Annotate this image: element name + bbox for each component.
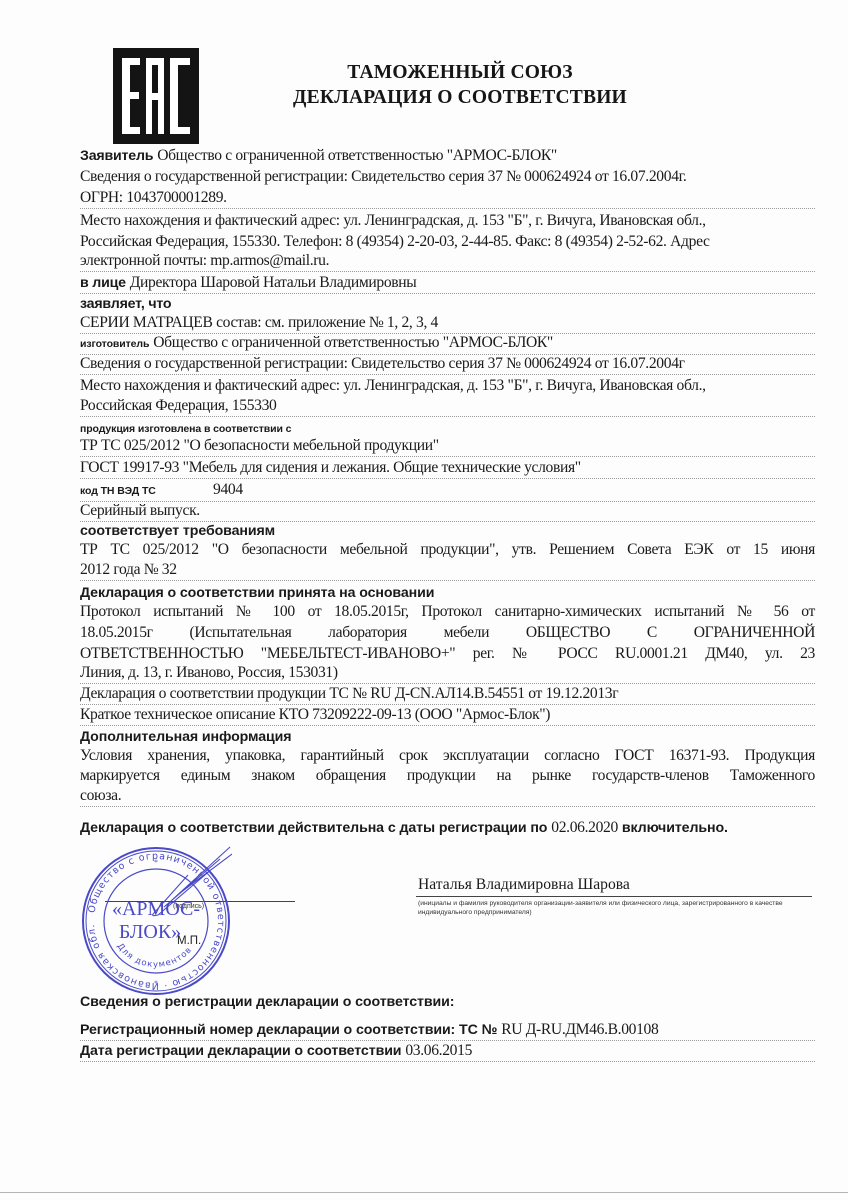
product-description: СЕРИИ МАТРАЦЕВ состав: см. приложение № … — [80, 313, 815, 334]
registration-heading-row: Сведения о регистрации декларации о соот… — [80, 992, 815, 1012]
validity-date: 02.06.2020 — [551, 819, 618, 836]
additional-label: Дополнительная информация — [80, 727, 815, 747]
validity-row: Декларация о соответствии действительна … — [80, 818, 815, 838]
manufacturer-registration: Сведения о государственной регистрации: … — [80, 354, 815, 375]
eac-logo-icon — [113, 48, 199, 144]
representative-row: в лице Директора Шаровой Натальи Владими… — [80, 273, 815, 294]
complies-line-1: ТР ТС 025/2012 "О безопасности мебельной… — [80, 540, 815, 560]
basis-line-4: Линия, д. 13, г. Иваново, Россия, 153031… — [80, 663, 815, 684]
basis-line-1: Протокол испытаний № 100 от 18.05.2015г,… — [80, 602, 815, 622]
manufacturer-address-1: Место нахождения и фактический адрес: ул… — [80, 376, 815, 396]
registration-number-label: Регистрационный номер декларации о соотв… — [80, 1022, 497, 1038]
representative-label: в лице — [80, 275, 126, 291]
validity-prefix: Декларация о соответствии действительна … — [80, 820, 547, 836]
applicant-address-2: Российская Федерация, 155330. Телефон: 8… — [80, 232, 815, 252]
svg-text:«АРМОС-: «АРМОС- — [112, 898, 200, 920]
standard-tr-ts: ТР ТС 025/2012 "О безопасности мебельной… — [80, 436, 815, 457]
basis-label-text: Декларация о соответствии принята на осн… — [80, 585, 434, 601]
signer-line — [416, 896, 812, 897]
manufacturer-name: Общество с ограниченной ответственностью… — [153, 334, 553, 351]
additional-label-text: Дополнительная информация — [80, 729, 291, 745]
registration-number-value: RU Д-RU.ДМ46.В.00108 — [501, 1021, 658, 1038]
additional-line-2: маркируется единым знаком обращения прод… — [80, 766, 815, 786]
additional-line-1: Условия хранения, упаковка, гарантийный … — [80, 746, 815, 766]
tech-description: Краткое техническое описание КТО 7320922… — [80, 705, 815, 726]
applicant-ogrn: ОГРН: 1043700001289. — [80, 188, 815, 209]
title-declaration: ДЕКЛАРАЦИЯ О СООТВЕТСТВИИ — [230, 85, 690, 110]
signer-caption: (инициалы и фамилия руководителя организ… — [418, 899, 808, 917]
svg-text:*: * — [154, 858, 158, 867]
signer-name: Наталья Владимировна Шарова — [418, 876, 630, 894]
tn-ved-value: 9404 — [213, 480, 243, 500]
prior-declaration: Декларация о соответствии продукции ТС №… — [80, 684, 815, 705]
registration-date-row: Дата регистрации декларации о соответств… — [80, 1041, 815, 1062]
representative-value: Директора Шаровой Натальи Владимировны — [130, 274, 417, 291]
additional-line-3: союза. — [80, 786, 815, 807]
stamp-seal-icon: Общество с ограниченной ответственностью… — [80, 845, 232, 997]
manufacturer-label: изготовитель — [80, 338, 149, 350]
applicant-name: Общество с ограниченной ответственностью… — [157, 147, 557, 164]
tn-ved-row: код ТН ВЭД ТС 9404 — [80, 480, 815, 502]
svg-text:БЛОК»: БЛОК» — [119, 921, 181, 943]
basis-line-2: 18.05.2015г (Испытательная лаборатория м… — [80, 623, 815, 643]
applicant-address-3: электронной почты: mp.armos@mail.ru. — [80, 251, 815, 272]
complies-label: соответствует требованиям — [80, 521, 815, 541]
complies-label-text: соответствует требованиям — [80, 523, 275, 539]
applicant-address-1: Место нахождения и фактический адрес: ул… — [80, 211, 815, 231]
registration-heading: Сведения о регистрации декларации о соот… — [80, 994, 454, 1010]
validity-suffix: включительно. — [622, 820, 728, 836]
applicant-label: Заявитель — [80, 148, 153, 164]
standard-gost: ГОСТ 19917-93 "Мебель для сидения и лежа… — [80, 458, 815, 479]
complies-line-2: 2012 года № 32 — [80, 560, 815, 581]
release-type: Серийный выпуск. — [80, 501, 815, 522]
declares-label-text: заявляет, что — [80, 296, 171, 312]
tn-ved-label: код ТН ВЭД ТС — [80, 485, 156, 497]
registration-date-label: Дата регистрации декларации о соответств… — [80, 1043, 401, 1059]
page-edge — [0, 1192, 848, 1193]
svg-text:*: * — [154, 979, 158, 988]
basis-line-3: ОТВЕТСТВЕННОСТЬЮ "МЕБЕЛЬТЕСТ-ИВАНОВО+" р… — [80, 644, 815, 664]
applicant-registration: Сведения о государственной регистрации: … — [80, 167, 815, 187]
company-stamp: Общество с ограниченной ответственностью… — [80, 845, 232, 997]
manufacturer-address-2: Российская Федерация, 155330 — [80, 396, 815, 417]
basis-label: Декларация о соответствии принята на осн… — [80, 583, 815, 603]
produced-per-label-text: продукция изготовлена в соответствии с — [80, 423, 291, 435]
registration-number-row: Регистрационный номер декларации о соотв… — [80, 1020, 815, 1041]
document-title: ТАМОЖЕННЫЙ СОЮЗ ДЕКЛАРАЦИЯ О СООТВЕТСТВИ… — [230, 60, 690, 110]
declares-label: заявляет, что — [80, 294, 815, 314]
manufacturer-row: изготовитель Общество с ограниченной отв… — [80, 333, 815, 355]
title-customs-union: ТАМОЖЕННЫЙ СОЮЗ — [230, 60, 690, 85]
declaration-page: ТАМОЖЕННЫЙ СОЮЗ ДЕКЛАРАЦИЯ О СООТВЕТСТВИ… — [0, 0, 848, 1200]
applicant-row: Заявитель Общество с ограниченной ответс… — [80, 146, 815, 166]
registration-date-value: 03.06.2015 — [405, 1042, 472, 1059]
